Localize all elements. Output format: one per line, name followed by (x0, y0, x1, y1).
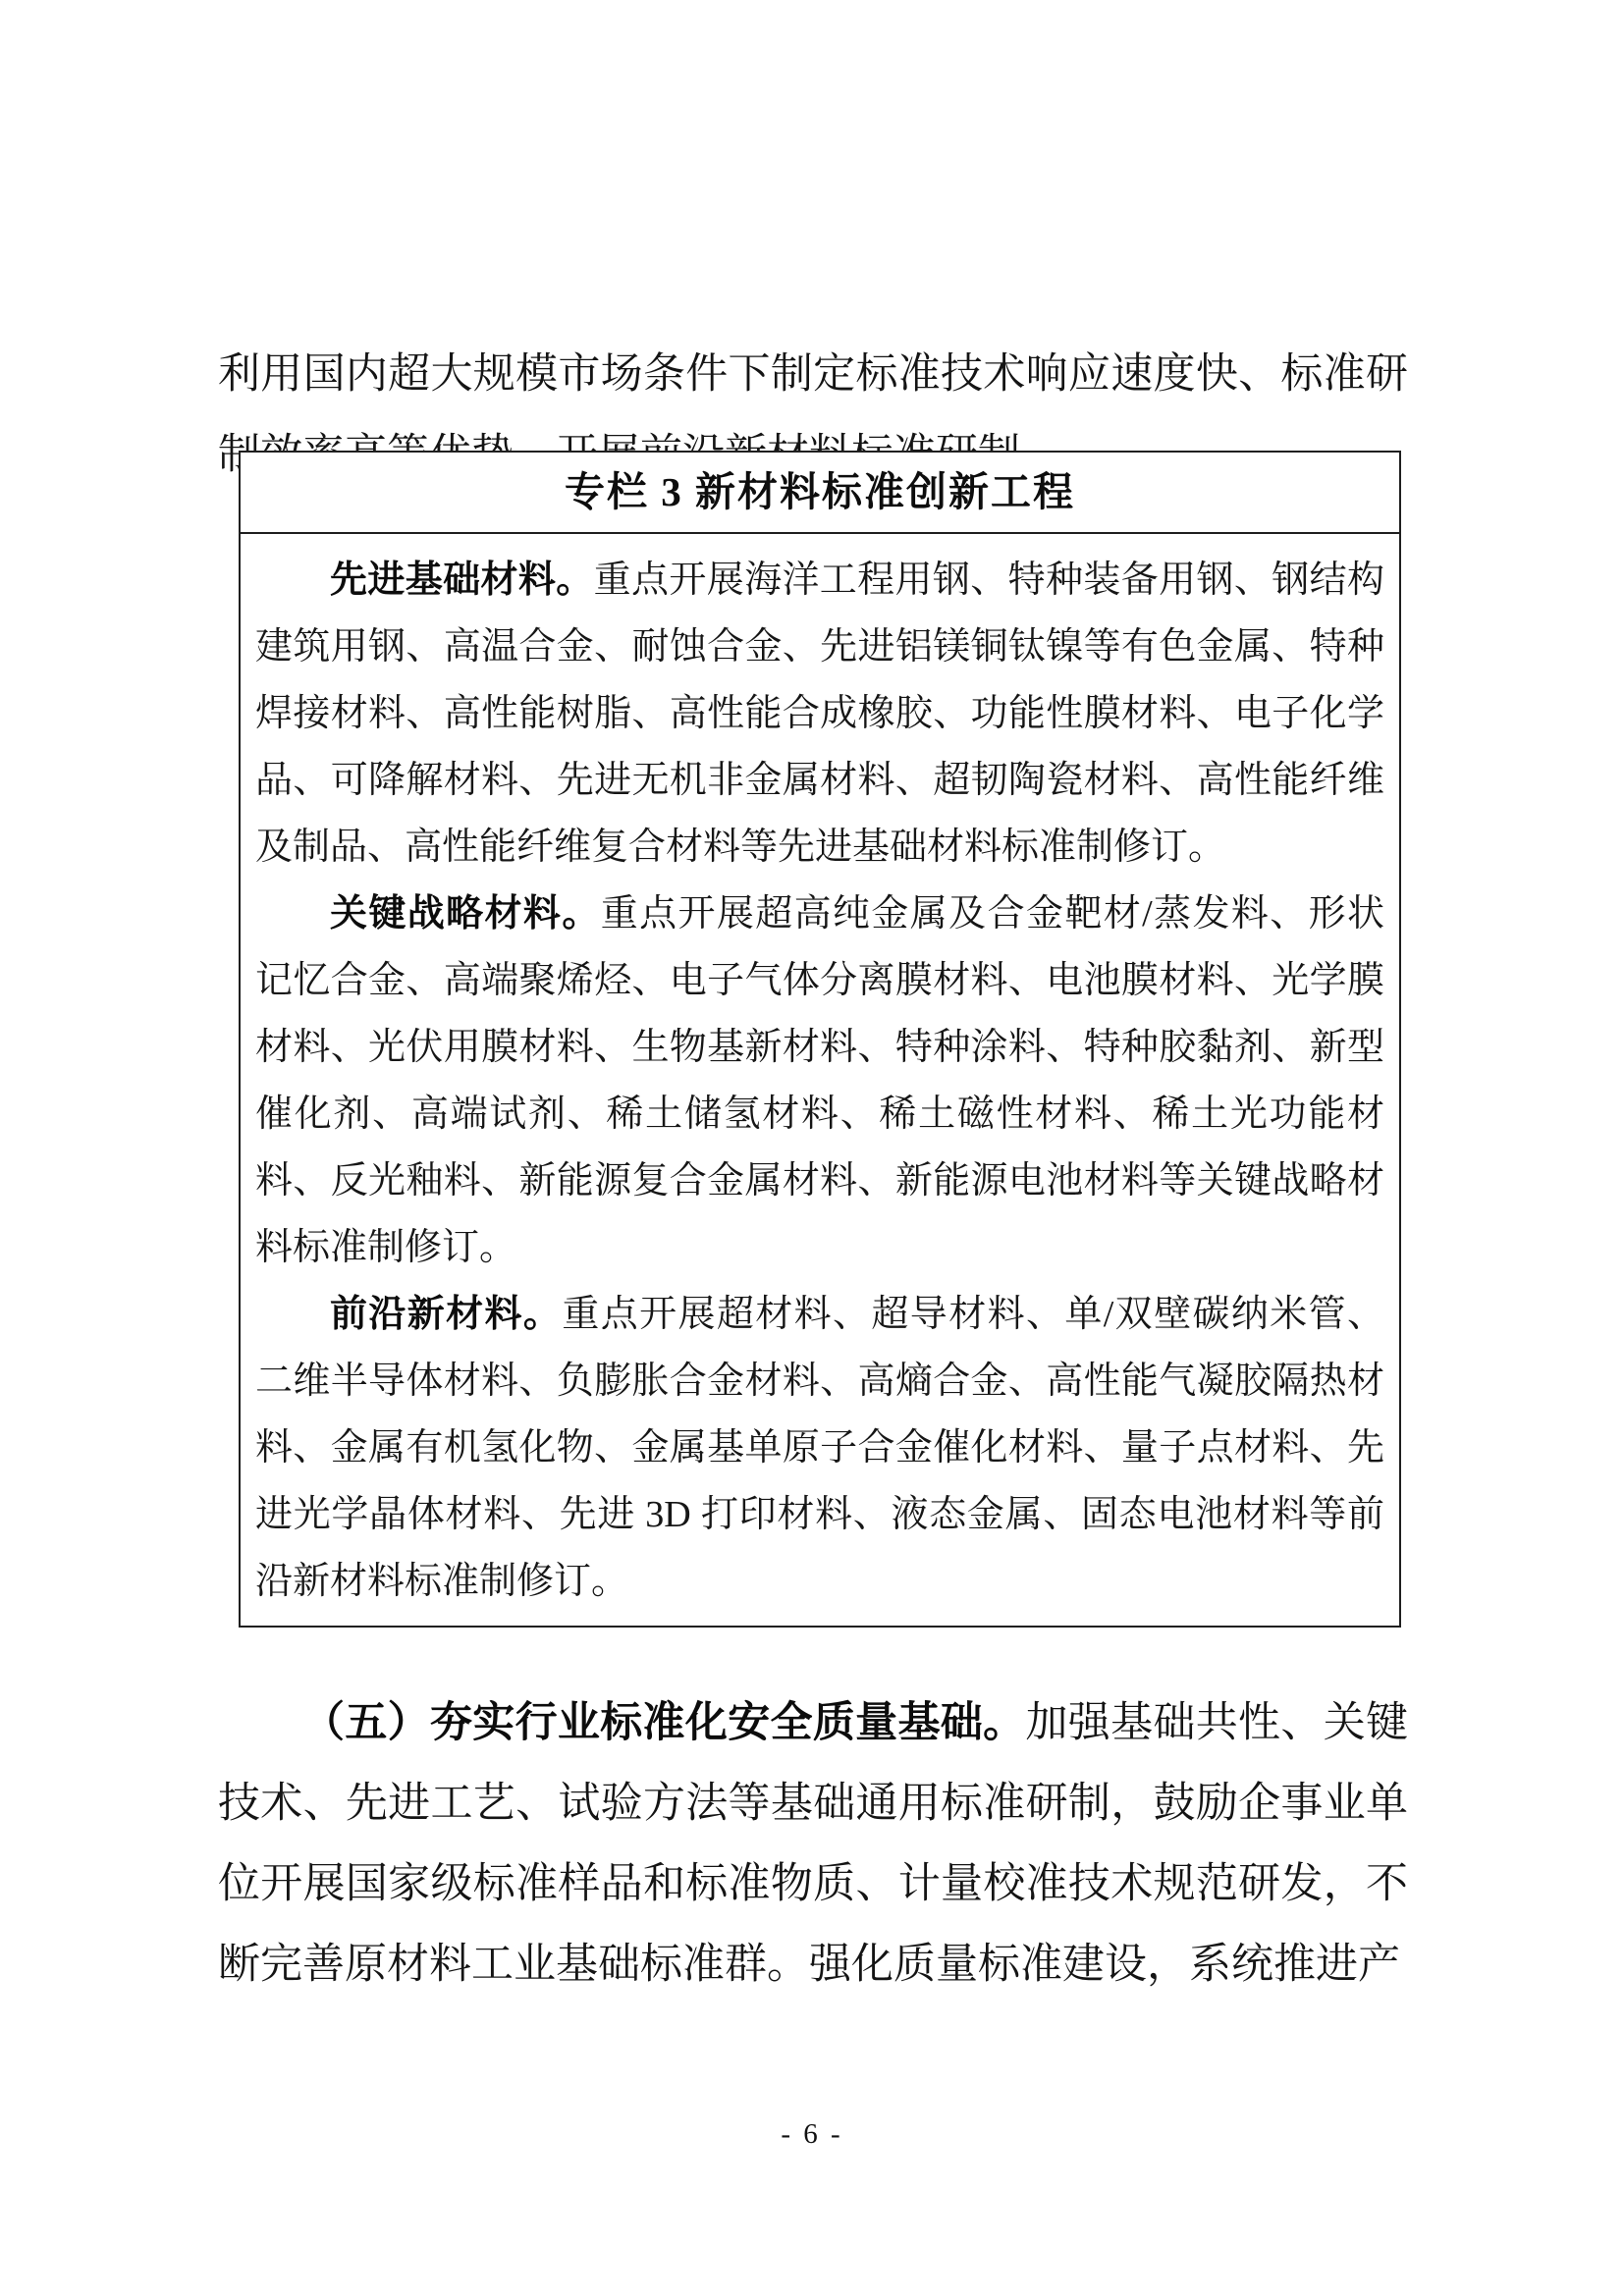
box-paragraph-frontier-new-materials: 前沿新材料。重点开展超材料、超导材料、单/双壁碳纳米管、二维半导体材料、负膨胀合… (255, 1281, 1384, 1615)
document-page: 利用国内超大规模市场条件下制定标准技术响应速度快、标准研制效率高等优势，开展前沿… (0, 0, 1624, 2296)
box-paragraph-text: 重点开展超高纯金属及合金靶材/蒸发料、形状记忆合金、高端聚烯烃、电子气体分离膜材… (255, 893, 1384, 1268)
section-five-lead: （五）夯实行业标准化安全质量基础。 (302, 1700, 1025, 1746)
box-paragraph-lead: 先进基础材料。 (330, 560, 594, 601)
feature-box-title: 专栏 3 新材料标准创新工程 (241, 453, 1399, 534)
feature-box-body: 先进基础材料。重点开展海洋工程用钢、特种装备用钢、钢结构建筑用钢、高温合金、耐蚀… (241, 534, 1399, 1615)
section-five-paragraph: （五）夯实行业标准化安全质量基础。加强基础共性、关键技术、先进工艺、试验方法等基… (218, 1683, 1408, 2005)
feature-box: 专栏 3 新材料标准创新工程 先进基础材料。重点开展海洋工程用钢、特种装备用钢、… (239, 451, 1401, 1628)
box-paragraph-text: 重点开展海洋工程用钢、特种装备用钢、钢结构建筑用钢、高温合金、耐蚀合金、先进铝镁… (255, 560, 1384, 868)
box-paragraph-advanced-basic-materials: 先进基础材料。重点开展海洋工程用钢、特种装备用钢、钢结构建筑用钢、高温合金、耐蚀… (255, 547, 1384, 881)
box-paragraph-text: 重点开展超材料、超导材料、单/双壁碳纳米管、二维半导体材料、负膨胀合金材料、高熵… (255, 1294, 1384, 1602)
box-paragraph-key-strategic-materials: 关键战略材料。重点开展超高纯金属及合金靶材/蒸发料、形状记忆合金、高端聚烯烃、电… (255, 881, 1384, 1281)
page-number: - 6 - (0, 2118, 1624, 2151)
box-paragraph-lead: 前沿新材料。 (330, 1294, 562, 1335)
box-paragraph-lead: 关键战略材料。 (330, 893, 601, 934)
